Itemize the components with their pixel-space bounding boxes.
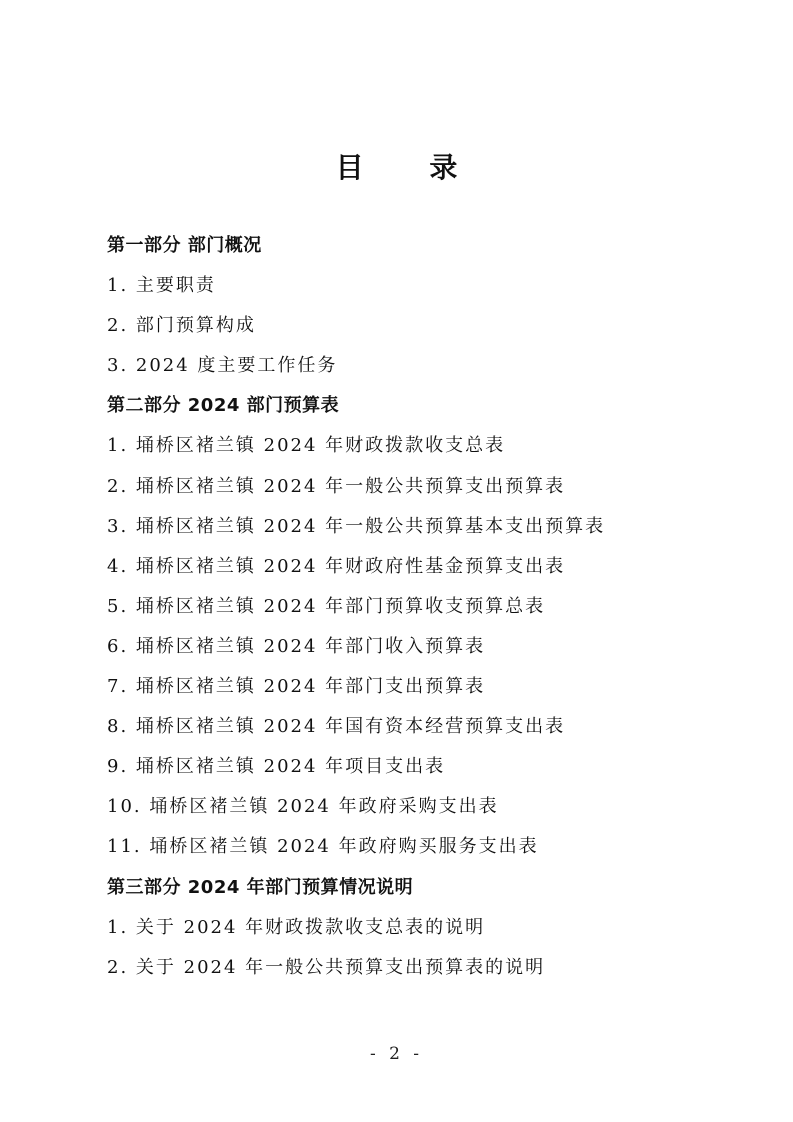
toc-item: 2. 关于 2024 年一般公共预算支出预算表的说明 — [107, 950, 747, 990]
toc-item: 4. 埇桥区褚兰镇 2024 年财政府性基金预算支出表 — [107, 549, 747, 589]
toc-item: 1. 关于 2024 年财政拨款收支总表的说明 — [107, 910, 747, 950]
table-of-contents: 第一部分 部门概况 1. 主要职责 2. 部门预算构成 3. 2024 度主要工… — [107, 228, 747, 990]
toc-item: 8. 埇桥区褚兰镇 2024 年国有资本经营预算支出表 — [107, 709, 747, 749]
toc-item: 11. 埇桥区褚兰镇 2024 年政府购买服务支出表 — [107, 829, 747, 869]
page-title: 目 录 — [0, 146, 793, 186]
toc-item: 3. 埇桥区褚兰镇 2024 年一般公共预算基本支出预算表 — [107, 509, 747, 549]
toc-section-part3: 第三部分 2024 年部门预算情况说明 — [107, 870, 747, 910]
toc-item: 2. 部门预算构成 — [107, 308, 747, 348]
toc-item: 2. 埇桥区褚兰镇 2024 年一般公共预算支出预算表 — [107, 469, 747, 509]
toc-item: 1. 主要职责 — [107, 268, 747, 308]
page-number: - 2 - — [0, 1044, 793, 1064]
toc-item: 5. 埇桥区褚兰镇 2024 年部门预算收支预算总表 — [107, 589, 747, 629]
toc-item: 10. 埇桥区褚兰镇 2024 年政府采购支出表 — [107, 789, 747, 829]
toc-item: 7. 埇桥区褚兰镇 2024 年部门支出预算表 — [107, 669, 747, 709]
toc-item: 9. 埇桥区褚兰镇 2024 年项目支出表 — [107, 749, 747, 789]
toc-item: 3. 2024 度主要工作任务 — [107, 348, 747, 388]
toc-item: 1. 埇桥区褚兰镇 2024 年财政拨款收支总表 — [107, 428, 747, 468]
toc-item: 6. 埇桥区褚兰镇 2024 年部门收入预算表 — [107, 629, 747, 669]
toc-section-part1: 第一部分 部门概况 — [107, 228, 747, 268]
toc-section-part2: 第二部分 2024 部门预算表 — [107, 388, 747, 428]
